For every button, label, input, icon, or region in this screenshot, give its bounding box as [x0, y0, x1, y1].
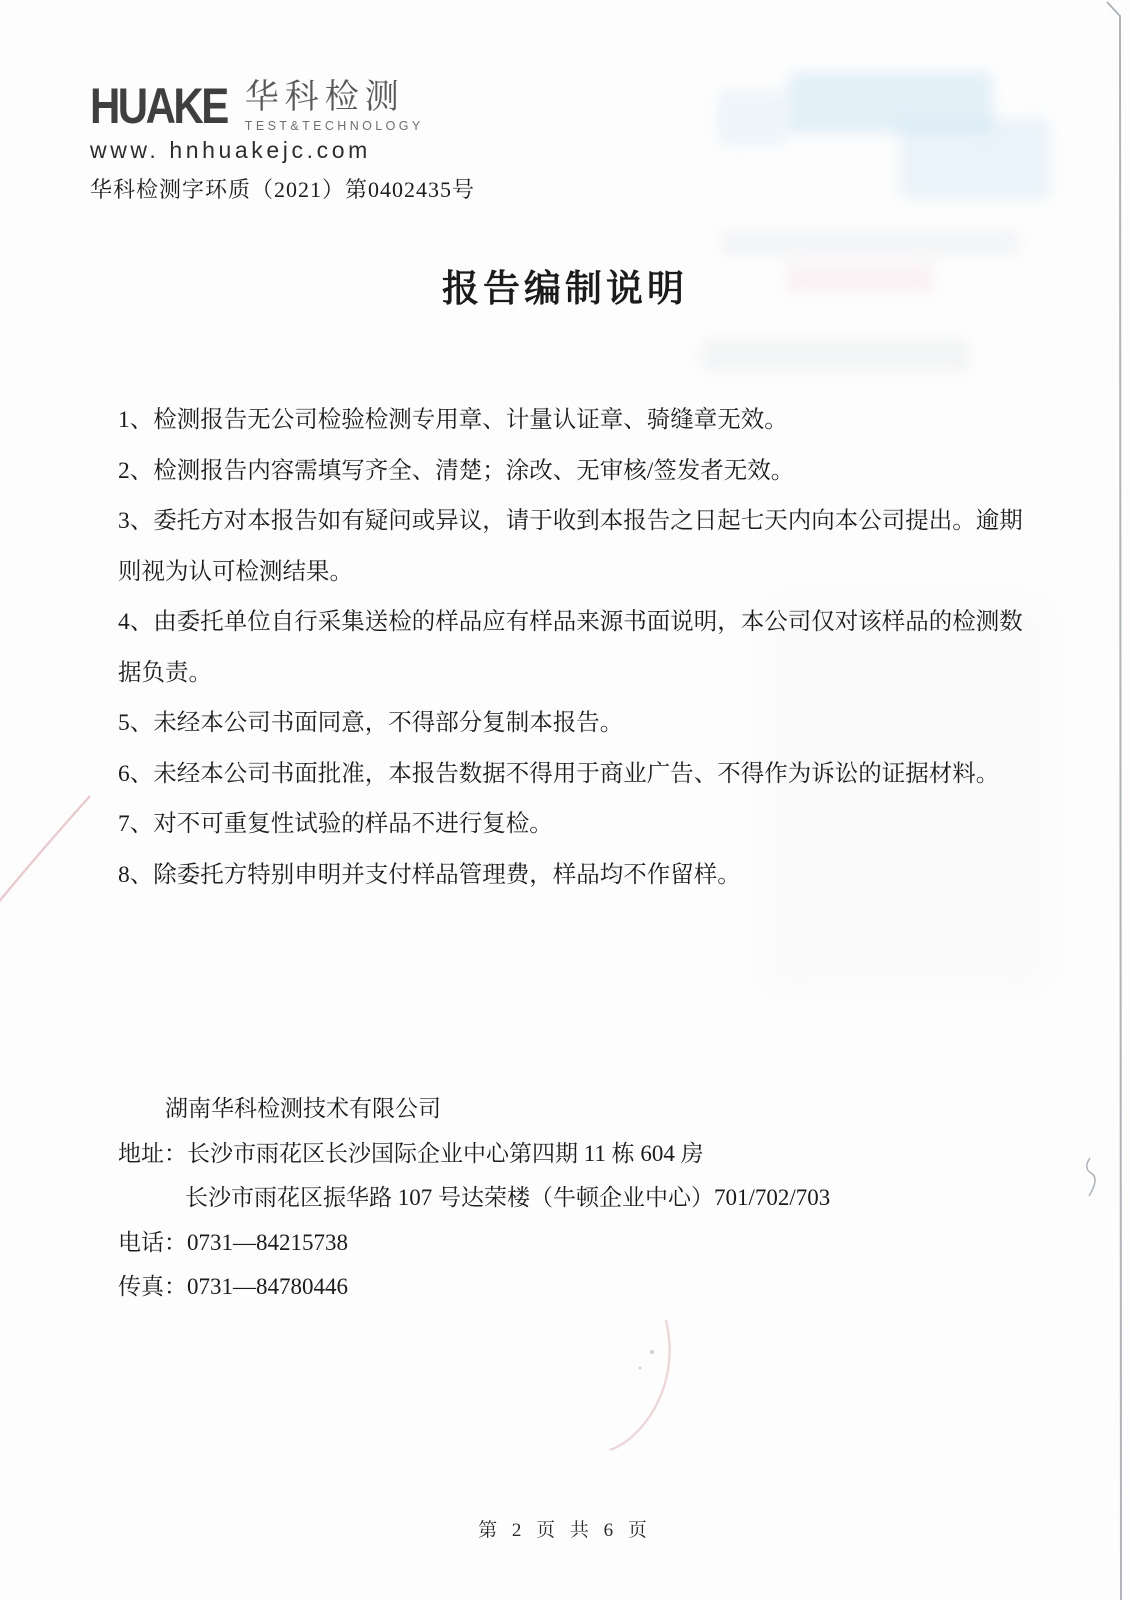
note-line: 2、检测报告内容需填写齐全、清楚；涂改、无审核/签发者无效。	[118, 446, 1058, 497]
company-name: 湖南华科检测技术有限公司	[118, 1087, 1058, 1132]
company-fax: 传真：0731—84780446	[118, 1265, 1058, 1310]
website-url: www. hnhuakejc.com	[90, 137, 475, 164]
company-contact-block: 湖南华科检测技术有限公司 地址：长沙市雨花区长沙国际企业中心第四期 11 栋 6…	[118, 1087, 1058, 1310]
note-line: 据负责。	[118, 648, 1058, 699]
note-line: 4、由委托单位自行采集送检的样品应有样品来源书面说明，本公司仅对该样品的检测数	[118, 597, 1058, 648]
letterhead: HUAKE 华科检测 TEST&TECHNOLOGY www. hnhuakej…	[90, 78, 475, 204]
note-line: 8、除委托方特别申明并支付样品管理费，样品均不作留样。	[118, 850, 1058, 901]
logo-chinese-name: 华科检测	[245, 78, 424, 118]
report-notes: 1、检测报告无公司检验检测专用章、计量认证章、骑缝章无效。 2、检测报告内容需填…	[118, 395, 1058, 900]
page-number: 第 2 页 共 6 页	[0, 1515, 1130, 1542]
ink-squiggle	[1087, 1158, 1095, 1196]
note-line: 3、委托方对本报告如有疑问或异议，请于收到本报告之日起七天内向本公司提出。逾期	[118, 496, 1058, 547]
logo-tagline: TEST&TECHNOLOGY	[245, 119, 424, 133]
note-line: 5、未经本公司书面同意，不得部分复制本报告。	[118, 698, 1058, 749]
page-title: 报告编制说明	[0, 258, 1130, 312]
report-number: 华科检测字环质（2021）第0402435号	[90, 173, 475, 204]
company-address-1: 地址：长沙市雨花区长沙国际企业中心第四期 11 栋 604 房	[118, 1132, 1058, 1177]
note-line: 则视为认可检测结果。	[118, 547, 1058, 598]
company-phone: 电话：0731—84215738	[118, 1221, 1058, 1266]
page-edge-line	[1107, 2, 1121, 1600]
stamp-arc-bottom	[610, 1320, 670, 1450]
stamp-arc-left	[0, 796, 90, 910]
scanned-report-page: HUAKE 华科检测 TEST&TECHNOLOGY www. hnhuakej…	[0, 0, 1130, 1600]
ink-speck	[639, 1367, 642, 1370]
ink-speck	[650, 1350, 654, 1354]
huake-logo: HUAKE	[90, 78, 227, 134]
note-line: 6、未经本公司书面批准，本报告数据不得用于商业广告、不得作为诉讼的证据材料。	[118, 749, 1058, 800]
note-line: 7、对不可重复性试验的样品不进行复检。	[118, 799, 1058, 850]
company-address-2: 长沙市雨花区振华路 107 号达荣楼（牛顿企业中心）701/702/703	[118, 1176, 1058, 1221]
note-line: 1、检测报告无公司检验检测专用章、计量认证章、骑缝章无效。	[118, 395, 1058, 446]
